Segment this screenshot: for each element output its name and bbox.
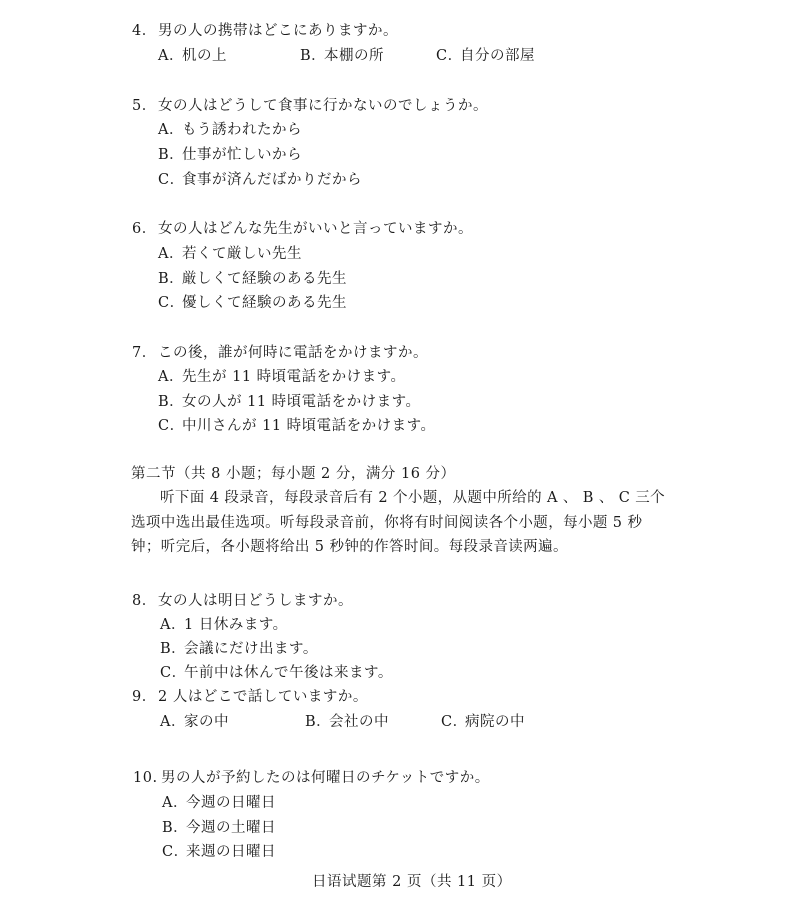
question-8: 8．女の人は明日どうしますか。: [132, 592, 353, 610]
question-text: 男の人が予約したのは何曜日のチケットですか。: [161, 770, 490, 786]
option-label: B．: [158, 393, 182, 411]
question-6: 6．女の人はどんな先生がいいと言っていますか。: [132, 220, 473, 238]
question-text: 男の人の携帯はどこにありますか。: [158, 23, 398, 39]
page-footer: 日语试题第 2 页（共 11 页）: [312, 873, 512, 891]
option-label: C．: [162, 843, 186, 861]
option-label: B．: [160, 640, 184, 658]
option-label: B．: [158, 270, 182, 288]
option-6b: B．厳しくて経験のある先生: [158, 270, 347, 288]
section-instructions: 听下面 4 段录音，每段录音后有 2 个小题，从题中所给的 A 、 B 、 C …: [131, 486, 671, 560]
option-label: C．: [158, 171, 182, 189]
option-label: A．: [160, 713, 184, 731]
option-label: A．: [158, 368, 182, 386]
option-9c: C．病院の中: [441, 713, 525, 731]
option-text: 仕事が忙しいから: [182, 147, 302, 163]
option-text: 会議にだけ出ます。: [184, 641, 318, 657]
question-7: 7．この後，誰が何時に電話をかけますか。: [132, 344, 428, 362]
option-text: 今週の日曜日: [186, 795, 276, 811]
exam-page: 4．男の人の携帯はどこにありますか。 A．机の上 B．本棚の所 C．自分の部屋 …: [0, 0, 800, 908]
option-10a: A．今週の日曜日: [162, 794, 276, 812]
option-text: 優しくて経験のある先生: [182, 295, 347, 311]
question-10: 10.男の人が予約したのは何曜日のチケットですか。: [133, 769, 490, 787]
option-5a: A．もう誘われたから: [158, 121, 302, 139]
option-4b: B．本棚の所: [300, 47, 384, 65]
option-text: 食事が済んだばかりだから: [182, 172, 362, 188]
option-6a: A．若くて厳しい先生: [158, 245, 302, 263]
option-text: もう誘われたから: [182, 122, 302, 138]
question-number: 8．: [132, 592, 158, 610]
option-label: A．: [158, 47, 182, 65]
option-label: B．: [300, 47, 324, 65]
option-text: 今週の土曜日: [186, 820, 276, 836]
option-text: 女の人が 11 時頃電話をかけます。: [182, 394, 421, 410]
option-10b: B．今週の土曜日: [162, 819, 276, 837]
option-text: 午前中は休んで午後は来ます。: [184, 665, 393, 681]
option-text: 机の上: [182, 48, 227, 64]
option-text: 家の中: [184, 714, 229, 730]
option-10c: C．来週の日曜日: [162, 843, 276, 861]
option-5c: C．食事が済んだばかりだから: [158, 171, 362, 189]
option-8a: A．1 日休みます。: [160, 616, 288, 634]
question-number: 6．: [132, 220, 158, 238]
question-9: 9．2 人はどこで話していますか。: [132, 688, 368, 706]
option-9b: B．会社の中: [305, 713, 389, 731]
question-number: 7．: [132, 344, 158, 362]
option-label: B．: [305, 713, 329, 731]
option-text: 来週の日曜日: [186, 844, 276, 860]
option-text: 厳しくて経験のある先生: [182, 271, 347, 287]
option-text: 本棚の所: [324, 48, 384, 64]
option-9a: A．家の中: [160, 713, 229, 731]
option-5b: B．仕事が忙しいから: [158, 146, 302, 164]
option-8c: C．午前中は休んで午後は来ます。: [160, 664, 393, 682]
question-number: 5．: [132, 97, 158, 115]
option-text: 自分の部屋: [460, 48, 535, 64]
option-6c: C．優しくて経験のある先生: [158, 294, 347, 312]
option-text: 若くて厳しい先生: [182, 246, 302, 262]
option-label: A．: [160, 616, 184, 634]
question-5: 5．女の人はどうして食事に行かないのでしょうか。: [132, 97, 488, 115]
question-text: 女の人は明日どうしますか。: [158, 593, 353, 609]
option-label: A．: [158, 245, 182, 263]
question-text: 女の人はどんな先生がいいと言っていますか。: [158, 221, 473, 237]
option-7b: B．女の人が 11 時頃電話をかけます。: [158, 393, 421, 411]
option-text: 病院の中: [465, 714, 525, 730]
option-text: 先生が 11 時頃電話をかけます。: [182, 369, 406, 385]
question-text: 女の人はどうして食事に行かないのでしょうか。: [158, 98, 488, 114]
option-label: B．: [162, 819, 186, 837]
option-label: B．: [158, 146, 182, 164]
option-text: 中川さんが 11 時頃電話をかけます。: [182, 418, 436, 434]
option-label: C．: [160, 664, 184, 682]
question-number: 4．: [132, 22, 158, 40]
question-number: 10.: [133, 769, 161, 787]
option-label: C．: [441, 713, 465, 731]
option-7c: C．中川さんが 11 時頃電話をかけます。: [158, 417, 436, 435]
option-label: C．: [158, 417, 182, 435]
question-text: 2 人はどこで話していますか。: [158, 689, 368, 705]
option-text: 1 日休みます。: [184, 617, 288, 633]
option-4c: C．自分の部屋: [436, 47, 535, 65]
question-text: この後，誰が何時に電話をかけますか。: [158, 345, 428, 361]
option-text: 会社の中: [329, 714, 389, 730]
instructions-text: 听下面 4 段录音，每段录音后有 2 个小题，从题中所给的 A 、 B 、 C …: [131, 490, 665, 555]
option-label: C．: [436, 47, 460, 65]
question-4: 4．男の人の携帯はどこにありますか。: [132, 22, 398, 40]
option-7a: A．先生が 11 時頃電話をかけます。: [158, 368, 406, 386]
option-8b: B．会議にだけ出ます。: [160, 640, 318, 658]
question-number: 9．: [132, 688, 158, 706]
option-label: A．: [158, 121, 182, 139]
option-4a: A．机の上: [158, 47, 227, 65]
option-label: C．: [158, 294, 182, 312]
option-label: A．: [162, 794, 186, 812]
section-heading: 第二节（共 8 小题；每小题 2 分，满分 16 分）: [131, 465, 456, 483]
